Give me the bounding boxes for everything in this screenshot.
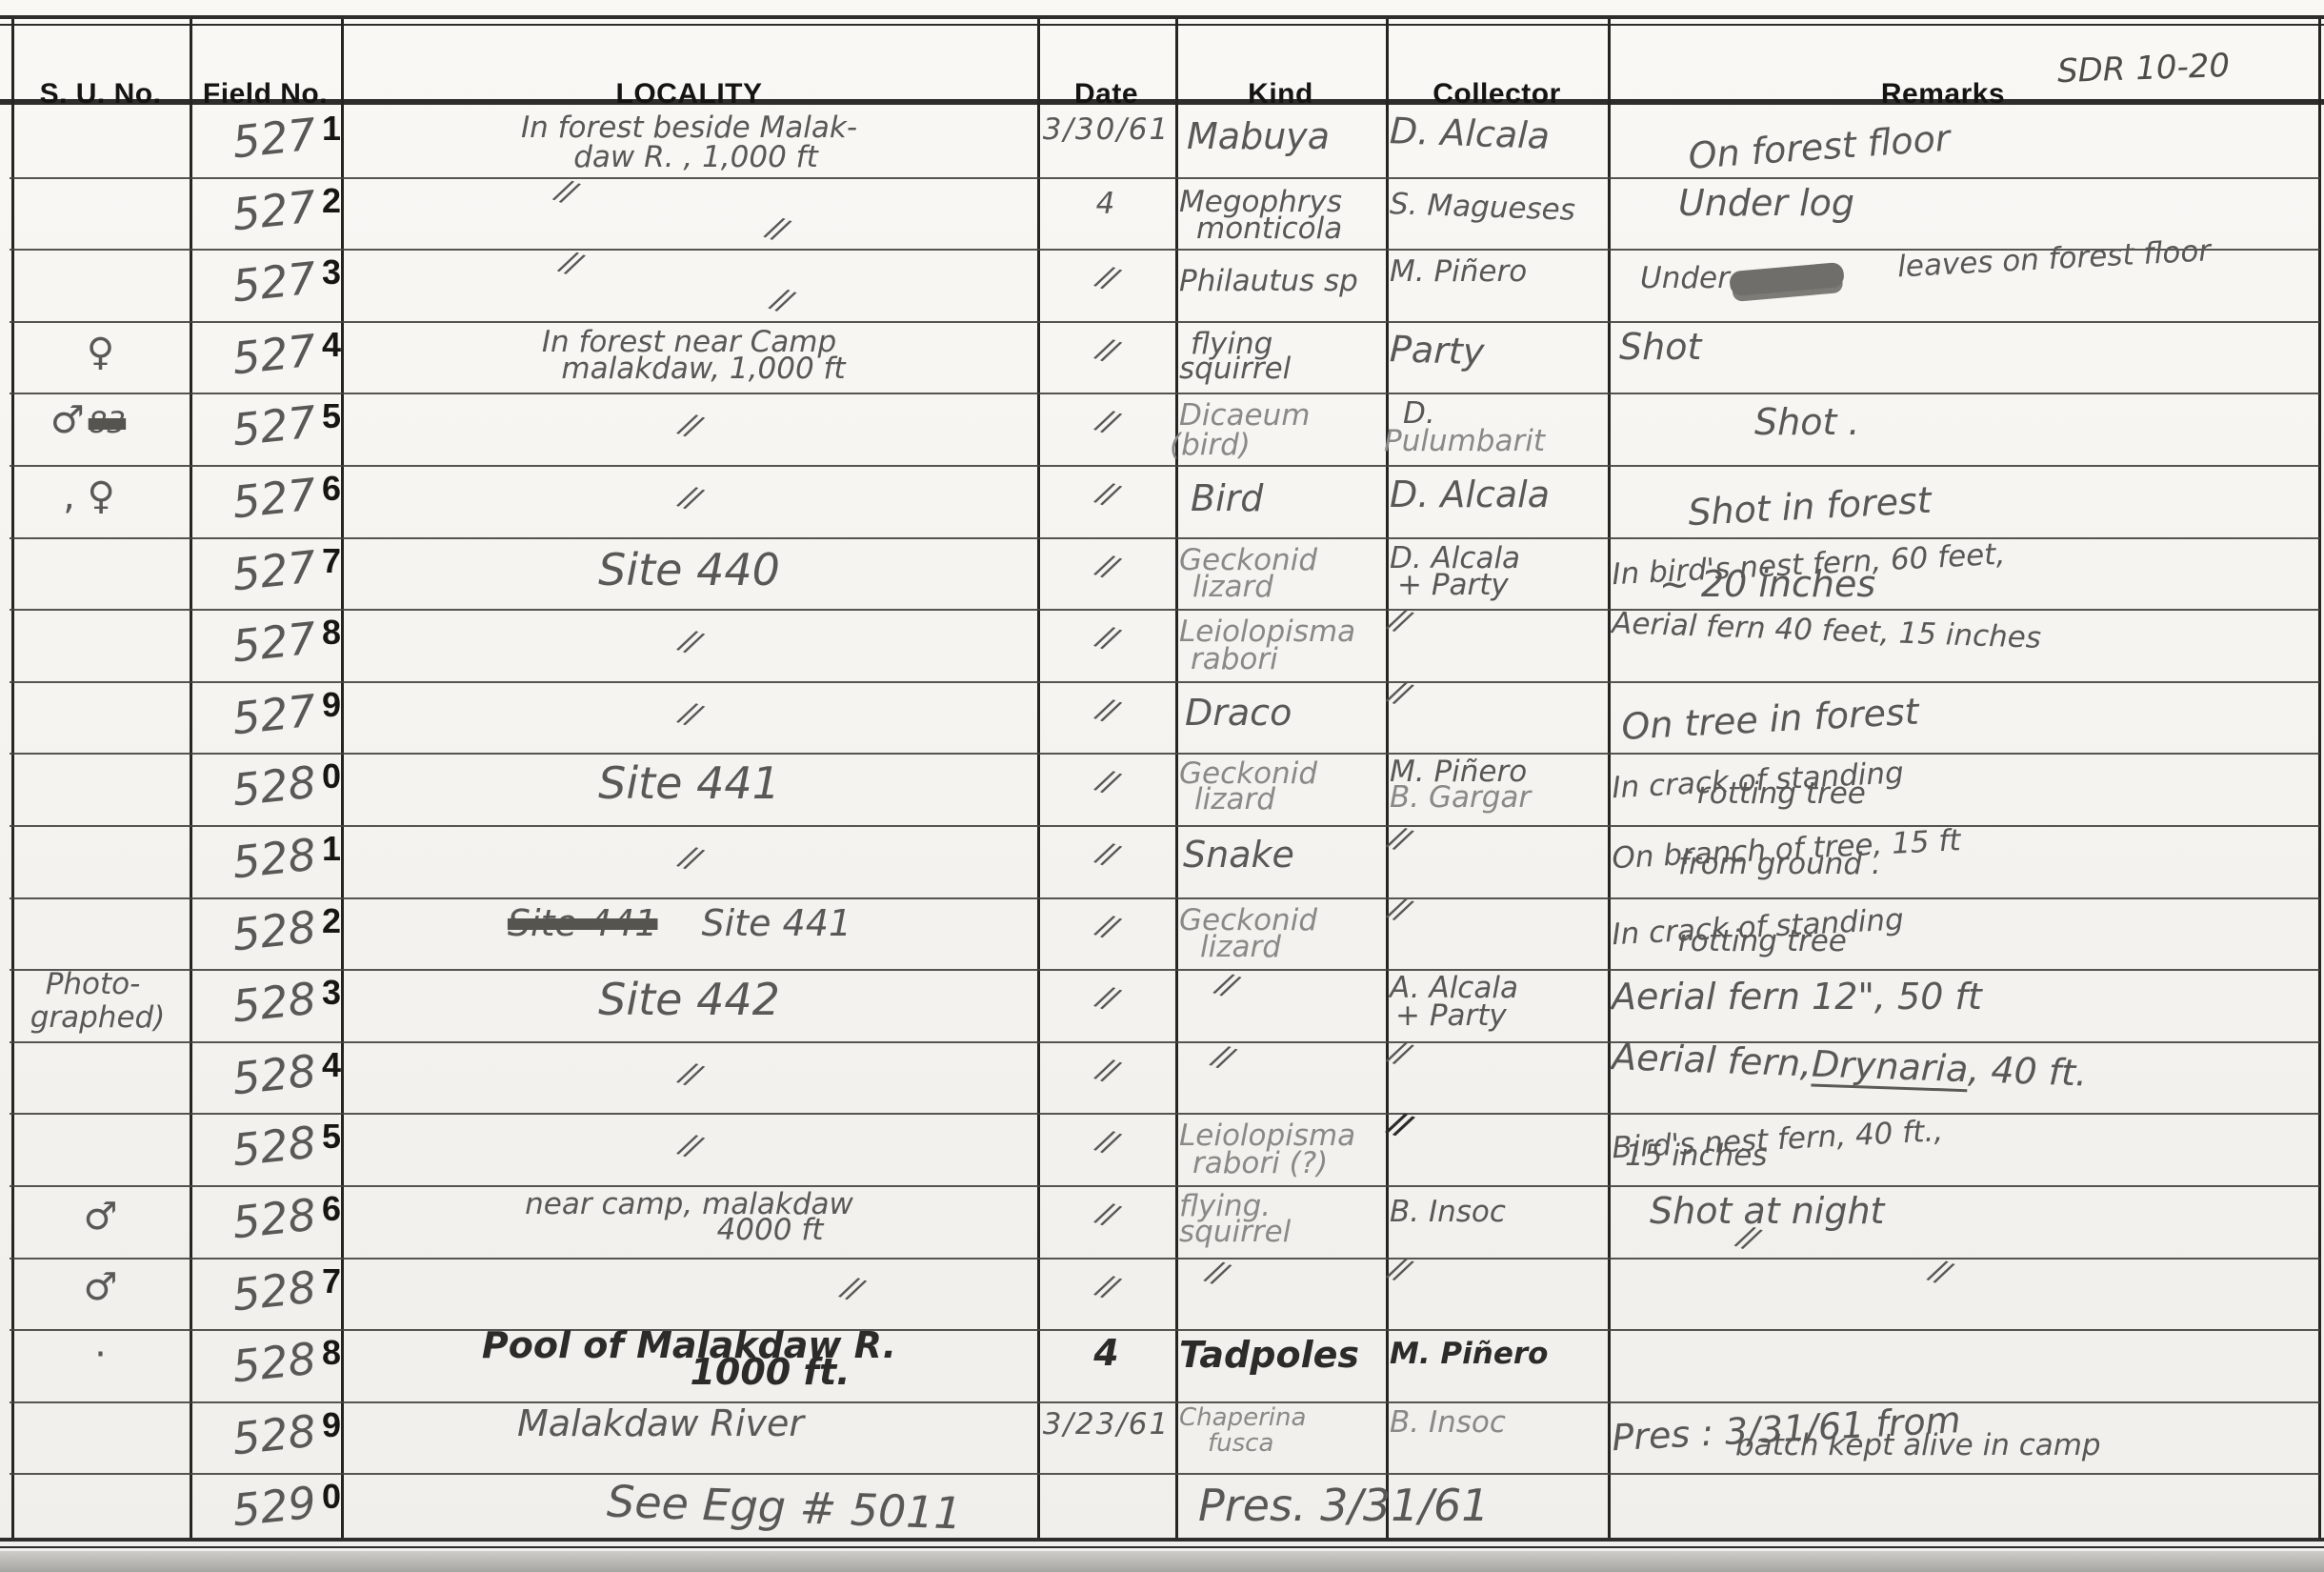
column-rule [2318,19,2321,1538]
handwritten-text: Chaperina [1179,1405,1306,1431]
row8-su-cell [15,615,186,687]
row18-su-cell: · [15,1335,186,1407]
handwritten-text: + Party [1397,570,1509,601]
row9-loc-cell: // [345,687,1033,759]
handwritten-text: See Egg # 5011 [606,1479,962,1537]
field-no-handwritten: 527 [230,469,319,529]
handwritten-text: ♂ [50,400,85,440]
row9-su-cell [15,687,186,759]
handwritten-text: // [1094,476,1118,511]
row1-kind-cell: Mabuya [1179,111,1382,183]
row8-coll-cell: // [1390,615,1604,687]
handwritten-text: Tadpoles [1179,1337,1359,1375]
row18-loc-cell: Pool of Malakdaw R.1000 ft. [345,1335,1033,1407]
row10-date-cell: // [1041,758,1172,831]
handwritten-text: On forest floor [1687,120,1951,176]
row4-su-cell: ♀ [15,327,186,399]
row14-date-cell: // [1041,1047,1172,1119]
row11-field-no-cell: 5281 [190,825,356,897]
row16-date-cell: // [1041,1191,1172,1263]
row13-rem-cell: Aerial fern 12", 50 ft [1612,975,2313,1047]
handwritten-text: Pulumbarit [1384,426,1545,457]
row6-coll-cell: D. Alcala [1390,471,1604,543]
field-no-printed-digit: 6 [322,469,341,509]
row18-coll-cell: M. Piñero [1390,1335,1604,1407]
row18-kind-cell: Tadpoles [1179,1335,1382,1407]
handwritten-text: lizard [1200,932,1281,963]
row2-su-cell [15,183,186,255]
row8-date-cell: // [1041,615,1172,687]
top-rule-heavy [0,15,2324,19]
row3-date-cell: // [1041,254,1172,327]
row7-coll-cell: D. Alcala+ Party [1390,543,1604,615]
field-no-handwritten: 527 [230,180,319,240]
handwritten-text: Aerial fern 40 feet, 15 inches [1612,608,2042,654]
row3-field-no-cell: 5273 [190,249,356,321]
field-no-printed-digit: 8 [322,613,341,653]
row15-field-no-cell: 5285 [190,1113,356,1185]
field-no-printed-digit: 3 [322,973,341,1013]
handwritten-text: Snake [1183,836,1294,875]
field-no-handwritten: 528 [230,973,319,1033]
field-no-handwritten: 528 [230,1260,319,1320]
handwritten-text: Aerial fern 12", 50 ft [1612,978,1982,1017]
row19-loc-cell: Malakdaw River [345,1407,1033,1480]
row4-field-no-cell: 5274 [190,321,356,393]
handwritten-text: M. Piñero [1390,1339,1548,1370]
field-no-printed-digit: 9 [322,685,341,725]
field-no-handwritten: 528 [230,1044,319,1104]
row1-su-cell [15,111,186,183]
handwritten-text: Malakdaw River [517,1405,804,1443]
field-no-printed-digit: 5 [322,396,341,436]
handwritten-text: // [1927,1254,1951,1288]
handwritten-text: // [1094,1125,1118,1159]
row5-rem-cell: Shot . [1612,398,2313,471]
row9-date-cell: // [1041,687,1172,759]
row7-field-no-cell: 5277 [190,537,356,610]
row17-kind-cell: // [1179,1263,1382,1336]
handwritten-text: Under [1640,263,1730,294]
field-no-printed-digit: 0 [322,1477,341,1517]
handwritten-text: Mabuya [1187,118,1330,156]
field-no-printed-digit: 1 [322,829,341,869]
row1-date-cell: 3/30/61 [1041,111,1172,183]
column-header-kind: Kind [1175,78,1386,111]
row14-field-no-cell: 5284 [190,1041,356,1114]
field-no-handwritten: 527 [230,613,319,673]
row11-coll-cell: // [1390,831,1604,903]
column-header-collector: Collector [1386,78,1608,111]
row11-date-cell: // [1041,831,1172,903]
row20-rem-cell [1612,1479,2313,1551]
handwritten-text: Philautus sp [1179,266,1358,297]
handwritten-text: Party [1389,331,1485,372]
row17-su-cell: ♂ [15,1263,186,1336]
handwritten-text: 4 [1096,189,1117,220]
row11-loc-cell: // [345,831,1033,903]
row6-loc-cell: // [345,471,1033,543]
field-no-printed-digit: 6 [322,1189,341,1229]
field-no-handwritten: 527 [230,324,319,384]
row15-su-cell [15,1119,186,1191]
row2-date-cell: 4 [1041,183,1172,255]
row13-coll-cell: A. Alcala+ Party [1390,975,1604,1047]
row13-su-cell: Photo-graphed) [15,975,186,1047]
row15-date-cell: // [1041,1119,1172,1191]
handwritten-text: // [1094,261,1118,295]
row1-coll-cell: D. Alcala [1390,111,1604,183]
row11-su-cell [15,831,186,903]
field-no-printed-digit: 0 [322,756,341,796]
handwritten-text: Draco [1185,695,1292,733]
handwritten-text: // [1094,405,1118,439]
row4-rem-cell: Shot [1612,327,2313,399]
row17-date-cell: // [1041,1263,1172,1336]
handwritten-text: // [1094,1053,1118,1087]
handwritten-text: // [677,409,701,443]
row15-coll-cell: // [1390,1119,1604,1191]
row5-field-no-cell: 5275 [190,393,356,465]
handwritten-text: // [1094,621,1118,655]
handwritten-text: squirrel [1179,353,1291,385]
handwritten-text: // [1094,765,1118,799]
handwritten-text: , 40 ft. [1968,1051,2088,1093]
field-no-handwritten: 528 [230,1189,319,1249]
row18-field-no-cell: 5288 [190,1329,356,1401]
handwritten-text: graphed) [30,1002,166,1034]
row3-loc-cell: //// [345,254,1033,327]
row12-loc-cell: Site 441Site 441 [345,903,1033,976]
handwritten-text: ♂ [84,1267,118,1307]
handwritten-text: // [769,283,792,317]
handwritten-text: Site 441 [598,760,780,806]
column-rule [11,19,14,1538]
handwritten-text: Site 440 [598,547,780,593]
handwritten-text: // [677,840,701,875]
handwritten-text: (bird) [1170,430,1251,461]
handwritten-text: rabori (?) [1192,1148,1328,1179]
handwritten-text: In forest beside Malak- [521,112,857,144]
row3-coll-cell: M. Piñero [1390,254,1604,327]
column-rule [1608,19,1611,1538]
row17-coll-cell: // [1390,1263,1604,1336]
row15-kind-cell: Leiolopismarabori (?) [1179,1119,1382,1191]
row13-field-no-cell: 5283 [190,969,356,1041]
row20-su-cell [15,1479,186,1551]
row14-kind-cell: // [1179,1047,1382,1119]
row12-date-cell: // [1041,903,1172,976]
handwritten-text: Bird [1191,480,1263,518]
row11-kind-cell: Snake [1179,831,1382,903]
field-no-handwritten: 529 [230,1477,319,1537]
handwritten-text: B. Gargar [1390,782,1531,814]
handwritten-text: · [94,1335,107,1375]
row4-coll-cell: Party [1390,327,1604,399]
row10-kind-cell: Geckonidlizard [1179,758,1382,831]
row2-kind-cell: Megophrysmonticola [1179,183,1382,255]
row9-field-no-cell: 5279 [190,681,356,754]
row16-su-cell: ♂ [15,1191,186,1263]
row16-rem-cell: Shot at night [1612,1191,2313,1263]
row19-su-cell [15,1407,186,1480]
handwritten-text: Photo- [46,969,141,1000]
row7-kind-cell: Geckonidlizard [1179,543,1382,615]
handwritten-text: M. Piñero [1390,256,1527,288]
handwritten-text: 83 [89,408,126,439]
column-header-su: S. U. No. [11,78,190,111]
row12-su-cell [15,903,186,976]
row19-rem-cell: Pres : 3/31/61 frombatch kept alive in c… [1612,1407,2313,1480]
row14-coll-cell: // [1390,1047,1604,1119]
handwritten-text: Shot [1619,329,1701,367]
handwritten-text: S. Magueses [1390,189,1576,226]
row6-su-cell: , ♀ [15,471,186,543]
row8-kind-cell: Leiolopismarabori [1179,615,1382,687]
scribbled-out-word [1729,262,1845,296]
handwritten-text: // [1094,909,1118,943]
handwritten-text: // [552,174,576,209]
handwritten-text: // [677,1057,701,1091]
row17-rem-cell: //// [1612,1263,2313,1336]
handwritten-text: // [1094,1197,1118,1231]
row3-kind-cell: Philautus sp [1179,254,1382,327]
row5-coll-cell: D.Pulumbarit [1390,398,1604,471]
handwritten-text: B. Insoc [1390,1197,1506,1228]
field-no-printed-digit: 7 [322,541,341,581]
row5-date-cell: // [1041,398,1172,471]
field-no-handwritten: 528 [230,1333,319,1393]
field-no-printed-digit: 7 [322,1261,341,1301]
row12-coll-cell: // [1390,903,1604,976]
column-header-date: Date [1037,78,1175,111]
row20-kind-cell: Pres. 3/31/61 [1179,1479,1382,1551]
row7-rem-cell: In bird's nest fern, 60 feet,~ 20 inches [1612,543,2313,615]
row6-date-cell: // [1041,471,1172,543]
handwritten-text: squirrel [1179,1217,1291,1248]
handwritten-text: // [764,212,788,246]
handwritten-text: // [1094,693,1118,727]
handwritten-text: Under log [1678,185,1854,223]
row2-coll-cell: S. Magueses [1390,183,1604,255]
handwritten-text: + Party [1395,1000,1507,1032]
handwritten-text: // [1094,333,1118,367]
handwritten-text: ♀ [87,333,114,373]
ledger-scan-sheet: S. U. No. Field No. LOCALITY Date Kind C… [0,0,2324,1572]
handwritten-text: , ♀ [63,476,115,516]
column-rule [1175,19,1178,1538]
handwritten-text: Shot . [1754,404,1860,442]
column-header-remarks: Remarks [1848,78,2038,111]
field-no-printed-digit: 4 [322,325,341,365]
row12-rem-cell: In crack of standingrotting tree [1612,903,2313,976]
row10-su-cell [15,758,186,831]
row3-su-cell [15,254,186,327]
row16-kind-cell: flying.squirrel [1179,1191,1382,1263]
handwritten-text: lizard [1192,572,1273,603]
row4-kind-cell: flyingsquirrel [1179,327,1382,399]
row8-field-no-cell: 5278 [190,609,356,681]
handwritten-text: lizard [1194,784,1275,816]
field-no-handwritten: 527 [230,540,319,600]
remarks-handwritten-annotation: SDR 10-20 [2056,47,2230,91]
column-rule [1386,19,1389,1538]
field-no-printed-digit: 3 [322,252,341,292]
handwritten-text: // [1094,549,1118,583]
handwritten-text: malakdaw, 1,000 ft [561,353,845,385]
row13-date-cell: // [1041,975,1172,1047]
handwritten-text: 1000 ft. [690,1354,850,1392]
handwritten-text: D. Alcala [1389,112,1550,156]
row12-kind-cell: Geckonidlizard [1179,903,1382,976]
field-no-printed-digit: 8 [322,1333,341,1373]
row10-field-no-cell: 5280 [190,753,356,825]
handwritten-text: Drynaria [1811,1045,1969,1092]
field-no-handwritten: 527 [230,109,319,169]
field-no-printed-digit: 4 [322,1045,341,1085]
handwritten-text: // [1094,836,1118,871]
handwritten-text: Site 441 [702,905,852,943]
row1-rem-cell: On forest floor [1612,111,2313,183]
row13-kind-cell: // [1179,975,1382,1047]
row20-date-cell [1041,1479,1172,1551]
row5-kind-cell: Dicaeum(bird) [1179,398,1382,471]
handwritten-text: // [677,480,701,514]
row19-date-cell: 3/23/61 [1041,1407,1172,1480]
handwritten-text: D. Alcala [1390,476,1550,514]
handwritten-text: ♂ [84,1197,118,1237]
handwritten-text: // [1094,1269,1118,1303]
handwritten-text: rabori [1191,644,1278,675]
top-rule-light [0,24,2324,26]
row6-kind-cell: Bird [1179,471,1382,543]
row4-date-cell: // [1041,327,1172,399]
row19-kind-cell: Chaperinafusca [1179,1407,1382,1480]
field-no-handwritten: 527 [230,396,319,456]
row8-rem-cell: Aerial fern 40 feet, 15 inches [1612,615,2313,687]
row9-kind-cell: Draco [1179,687,1382,759]
row3-rem-cell: leaves on forest floorUnder [1612,254,2313,327]
row18-date-cell: 4 [1041,1335,1172,1407]
field-no-handwritten: 528 [230,900,319,960]
field-no-handwritten: 528 [230,756,319,816]
row16-field-no-cell: 5286 [190,1185,356,1258]
row10-coll-cell: M. PiñeroB. Gargar [1390,758,1604,831]
handwritten-text: // [677,1129,701,1163]
field-no-handwritten: 528 [230,1117,319,1177]
handwritten-text: // [677,625,701,659]
row16-coll-cell: B. Insoc [1390,1191,1604,1263]
handwritten-text: daw R. , 1,000 ft [573,142,818,173]
handwritten-text: // [839,1271,863,1305]
row9-coll-cell: // [1390,687,1604,759]
handwritten-text: Site 441 [508,905,658,943]
handwritten-text: 3/30/61 [1043,114,1171,146]
row17-field-no-cell: 5287 [190,1258,356,1330]
row5-su-cell: ♂83 [15,398,186,471]
handwritten-text: // [1094,981,1118,1016]
field-no-printed-digit: 5 [322,1117,341,1157]
handwritten-text: Site 442 [598,977,780,1022]
row20-loc-cell: See Egg # 5011 [345,1479,1033,1551]
row7-date-cell: // [1041,543,1172,615]
scan-edge-shadow [0,1551,2324,1572]
handwritten-text: monticola [1196,213,1342,245]
handwritten-text: 4 [1093,1335,1118,1373]
column-header-locality: LOCALITY [341,78,1037,111]
row14-su-cell [15,1047,186,1119]
handwritten-text: fusca [1208,1431,1273,1457]
row19-coll-cell: B. Insoc [1390,1407,1604,1480]
row20-coll-cell [1390,1479,1604,1551]
handwritten-text: On tree in forest [1620,693,1919,746]
handwritten-text: // [557,246,581,280]
handwritten-text: B. Insoc [1390,1407,1506,1439]
row20-field-no-cell: 5290 [190,1473,356,1545]
handwritten-text: Aerial fern, [1612,1038,1813,1083]
row7-su-cell [15,543,186,615]
handwritten-text: Shot in forest [1687,482,1932,533]
handwritten-text: 4000 ft [717,1215,824,1246]
handwritten-text: 3/23/61 [1043,1409,1171,1441]
field-no-handwritten: 528 [230,829,319,889]
row15-rem-cell: Bird's nest fern, 40 ft.,15 inches [1612,1119,2313,1191]
row15-loc-cell: // [345,1119,1033,1191]
row6-field-no-cell: 5276 [190,465,356,537]
field-no-handwritten: 527 [230,252,319,312]
field-no-handwritten: 527 [230,684,319,744]
handwritten-text: // [677,696,701,731]
